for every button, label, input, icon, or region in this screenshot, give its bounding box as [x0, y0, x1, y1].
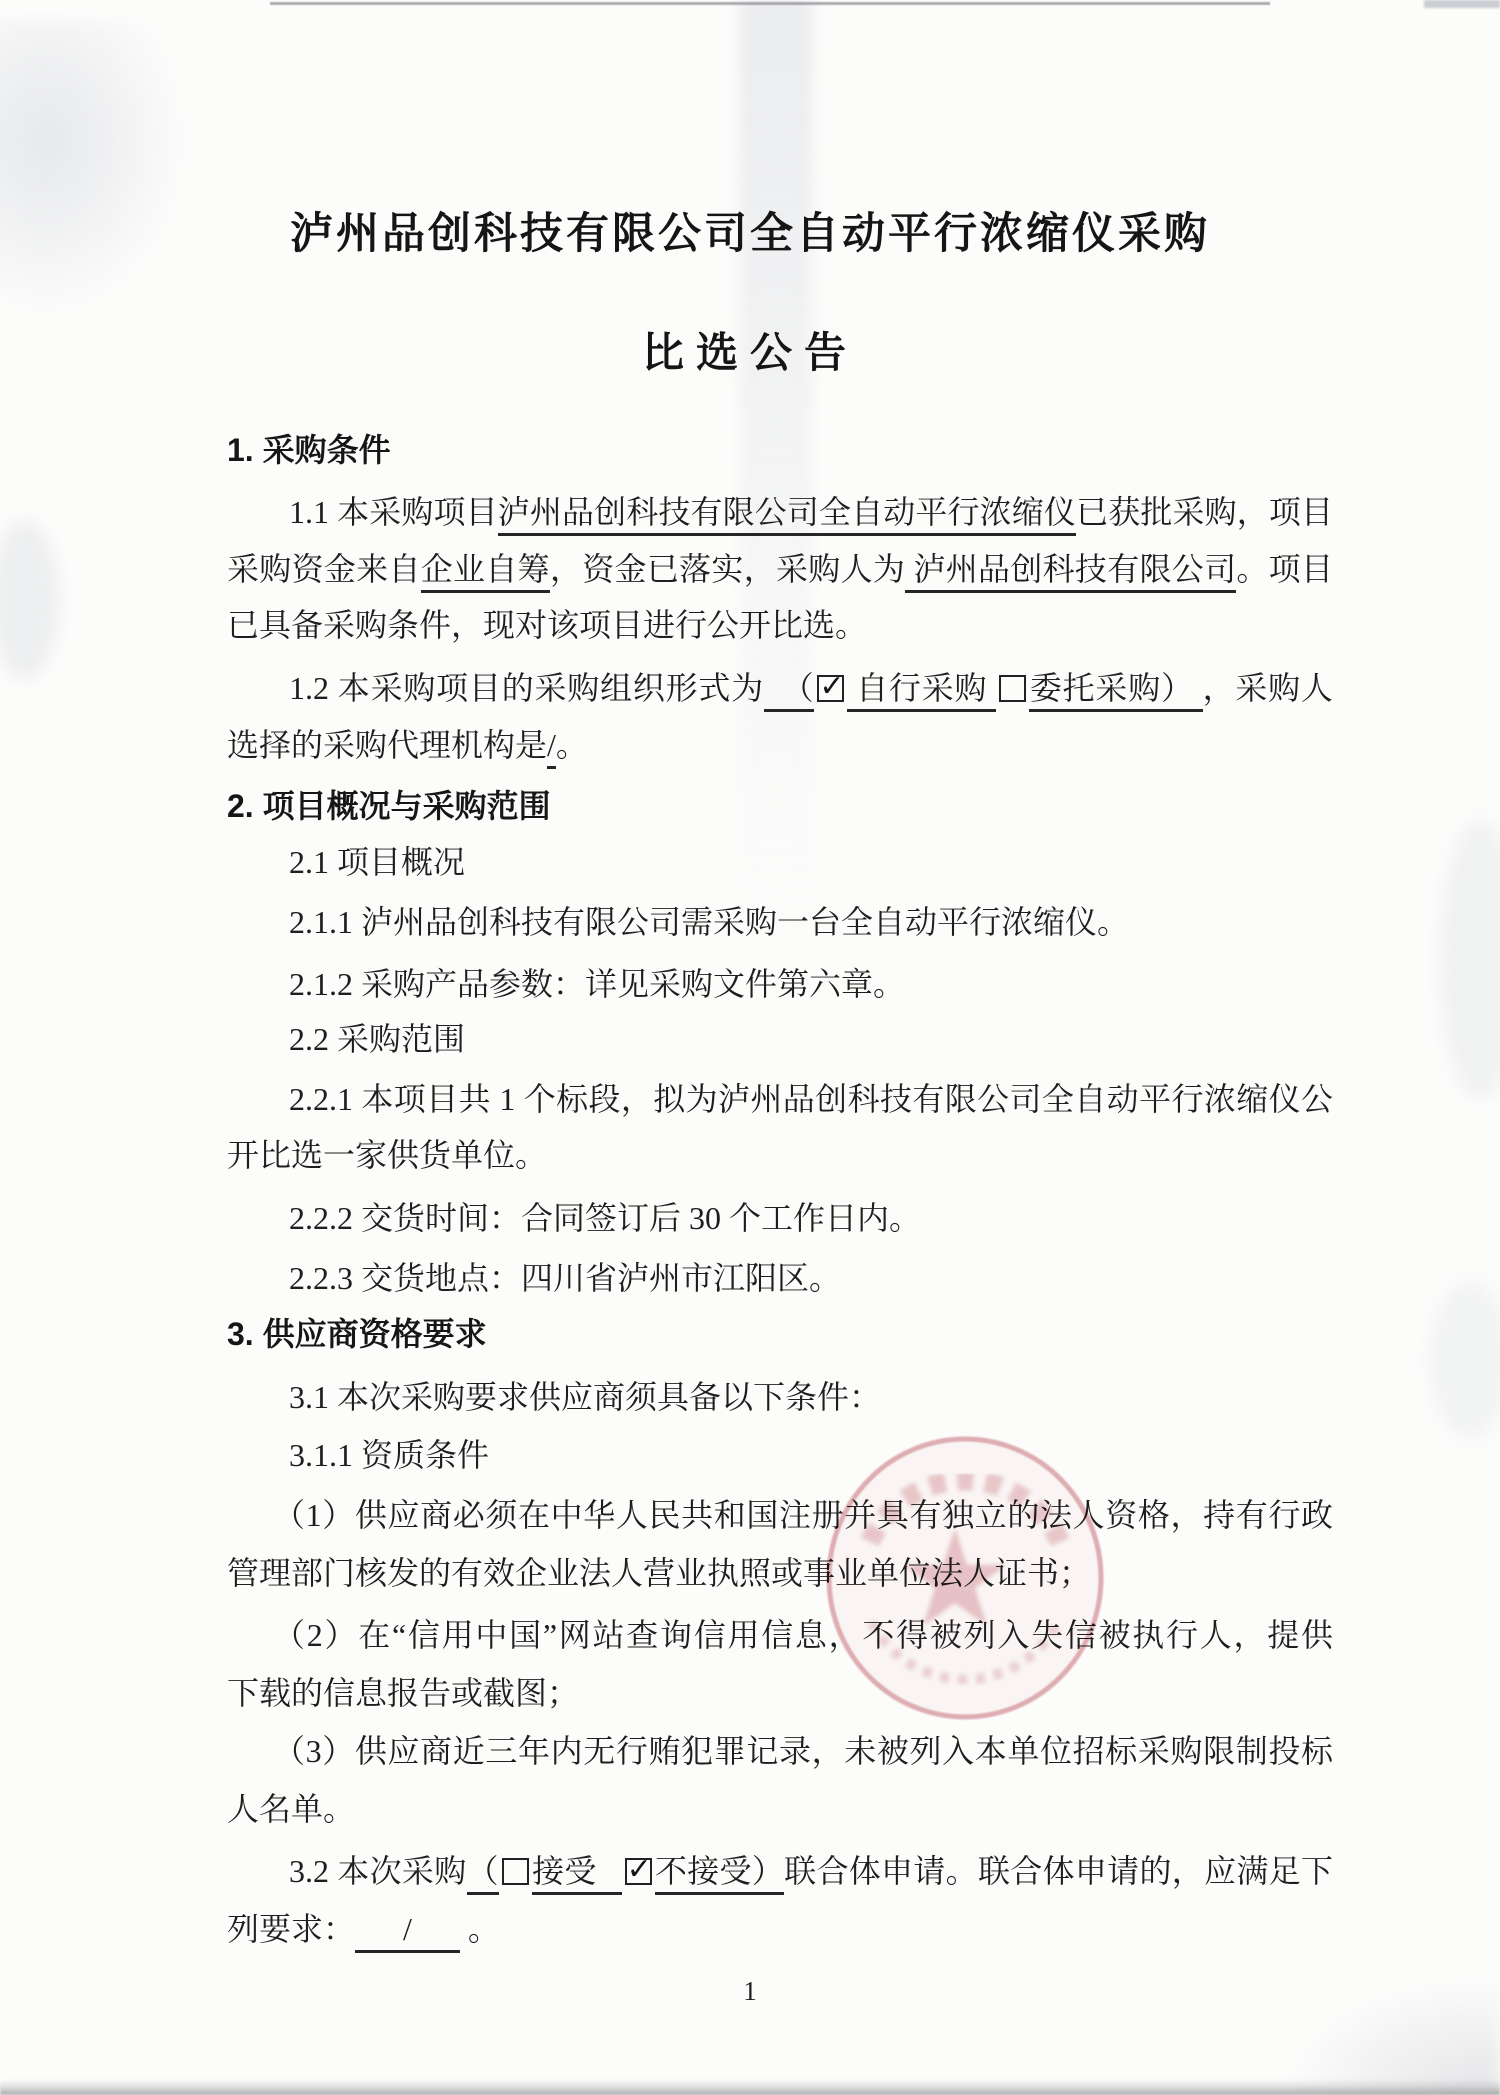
- check-mark-icon: ✓: [819, 668, 844, 706]
- text-run: 1.2 本采购项目的采购组织形式为: [289, 670, 764, 706]
- doc-line-10: 2.1.2 采购产品参数：详见采购文件第六章。: [289, 964, 905, 1004]
- text-run: 采购资金来自: [227, 551, 421, 587]
- text-run: 。: [556, 727, 588, 763]
- text-run: [355, 1911, 403, 1953]
- doc-line-8: 2.1 项目概况: [289, 842, 465, 882]
- doc-line-17: 3.1 本次采购要求供应商须具备以下条件：: [289, 1377, 881, 1417]
- text-run: （: [764, 670, 814, 712]
- doc-line-23: （3）供应商近三年内无行贿犯罪记录，未被列入本单位招标采购限制投标: [273, 1731, 1333, 1771]
- text-run: 列要求：: [227, 1911, 355, 1947]
- text-run: 泸州品创科技有限公司: [905, 551, 1236, 593]
- text-run: （: [467, 1853, 499, 1895]
- text-run: 企业自筹: [421, 551, 550, 593]
- doc-line-13: 开比选一家供货单位。: [227, 1135, 547, 1175]
- text-run: 2.1.2 采购产品参数：详见采购文件第六章。: [289, 966, 905, 1002]
- text-run: 不接受）: [655, 1853, 785, 1895]
- text-run: 委托采购）: [1029, 670, 1203, 712]
- text-run: 人名单。: [227, 1791, 355, 1827]
- document-subtitle: 比选公告: [0, 320, 1500, 380]
- text-run: 下载的信息报告或截图；: [227, 1675, 579, 1711]
- checkbox-checked: ✓: [625, 1858, 652, 1885]
- doc-line-26: 列要求： / 。: [227, 1909, 500, 1949]
- text-run: 1.1 本采购项目: [289, 494, 498, 530]
- text-run: 2. 项目概况与采购范围: [227, 788, 551, 824]
- text-run: 3. 供应商资格要求: [227, 1316, 487, 1352]
- doc-line-22: 下载的信息报告或截图；: [227, 1673, 579, 1713]
- checkbox-empty: [999, 675, 1026, 702]
- scanned-page: 泸州品创科技有限公司全自动平行浓缩仪采购 比选公告 1. 采购条件1.1 本采购…: [0, 0, 1500, 2095]
- text-run: （1）供应商必须在中华人民共和国注册并具有独立的法人资格，持有行政: [273, 1497, 1333, 1533]
- doc-line-5: 1.2 本采购项目的采购组织形式为 （✓ 自行采购 委托采购） ，采购人: [289, 668, 1333, 708]
- text-run: （3）供应商近三年内无行贿犯罪记录，未被列入本单位招标采购限制投标: [273, 1733, 1333, 1769]
- text-run: 2.2.2 交货时间：合同签订后 30 个工作日内。: [289, 1200, 921, 1236]
- text-run: 选择的采购代理机构是: [227, 727, 547, 763]
- scan-smudge-top-left: [0, 20, 190, 320]
- text-run: 泸州品创科技有限公司全自动平行浓缩仪: [498, 494, 1076, 536]
- scan-edge-top-right: [1424, 0, 1500, 8]
- text-run: /: [403, 1911, 412, 1953]
- scan-smudge-right-2: [1430, 1280, 1500, 1440]
- text-run: 已获批采购，项目: [1076, 494, 1333, 530]
- doc-line-7: 2. 项目概况与采购范围: [227, 786, 551, 826]
- doc-line-6: 选择的采购代理机构是/。: [227, 725, 588, 765]
- text-run: 。项目: [1236, 551, 1333, 587]
- text-run: 。: [460, 1911, 500, 1947]
- doc-line-3: 采购资金来自企业自筹，资金已落实，采购人为 泸州品创科技有限公司。项目: [227, 549, 1333, 589]
- doc-line-19: （1）供应商必须在中华人民共和国注册并具有独立的法人资格，持有行政: [273, 1495, 1333, 1535]
- doc-line-9: 2.1.1 泸州品创科技有限公司需采购一台全自动平行浓缩仪。: [289, 902, 1129, 942]
- text-run: ，资金已落实，采购人为: [550, 551, 905, 587]
- text-run: 已具备采购条件，现对该项目进行公开比选。: [227, 607, 867, 643]
- scan-edge-top: [270, 2, 1270, 5]
- document-title: 泸州品创科技有限公司全自动平行浓缩仪采购: [0, 200, 1500, 261]
- text-run: 2.2.3 交货地点：四川省泸州市江阳区。: [289, 1260, 841, 1296]
- doc-line-4: 已具备采购条件，现对该项目进行公开比选。: [227, 605, 867, 645]
- text-run: 接受: [532, 1853, 622, 1895]
- doc-line-18: 3.1.1 资质条件: [289, 1435, 489, 1475]
- text-run: 2.2 采购范围: [289, 1021, 465, 1057]
- doc-line-21: （2）在“信用中国”网站查询信用信息，不得被列入失信被执行人，提供: [273, 1615, 1333, 1655]
- scan-smudge-left: [0, 520, 60, 680]
- doc-line-2: 1.1 本采购项目泸州品创科技有限公司全自动平行浓缩仪已获批采购，项目: [289, 492, 1333, 532]
- doc-line-16: 3. 供应商资格要求: [227, 1314, 487, 1354]
- text-run: 2.1 项目概况: [289, 844, 465, 880]
- text-run: ，采购人: [1203, 670, 1333, 706]
- doc-line-12: 2.2.1 本项目共 1 个标段，拟为泸州品创科技有限公司全自动平行浓缩仪公: [289, 1079, 1333, 1119]
- text-run: 3.1.1 资质条件: [289, 1437, 489, 1473]
- scan-edge-bottom: [0, 2079, 1500, 2095]
- text-run: 联合体申请。联合体申请的，应满足下: [784, 1853, 1333, 1889]
- text-run: 3.1 本次采购要求供应商须具备以下条件：: [289, 1379, 881, 1415]
- text-run: （2）在“信用中国”网站查询信用信息，不得被列入失信被执行人，提供: [273, 1617, 1333, 1653]
- text-run: /: [547, 727, 556, 769]
- text-run: 1. 采购条件: [227, 432, 391, 468]
- checkbox-empty: [502, 1858, 529, 1885]
- scan-band-center: [740, 0, 812, 950]
- check-mark-icon: ✓: [627, 1851, 652, 1889]
- doc-line-11: 2.2 采购范围: [289, 1019, 465, 1059]
- text-run: 2.2.1 本项目共 1 个标段，拟为泸州品创科技有限公司全自动平行浓缩仪公: [289, 1081, 1333, 1117]
- text-run: 3.2 本次采购: [289, 1853, 467, 1889]
- doc-line-14: 2.2.2 交货时间：合同签订后 30 个工作日内。: [289, 1198, 921, 1238]
- text-run: 自行采购: [847, 670, 996, 712]
- red-seal-stamp: [820, 1432, 1110, 1724]
- doc-line-24: 人名单。: [227, 1789, 355, 1829]
- text-run: [412, 1911, 460, 1953]
- checkbox-checked: ✓: [817, 675, 844, 702]
- doc-line-25: 3.2 本次采购（接受 ✓不接受）联合体申请。联合体申请的，应满足下: [289, 1851, 1333, 1891]
- doc-line-15: 2.2.3 交货地点：四川省泸州市江阳区。: [289, 1258, 841, 1298]
- text-run: 开比选一家供货单位。: [227, 1137, 547, 1173]
- doc-line-1: 1. 采购条件: [227, 430, 391, 470]
- text-run: 2.1.1 泸州品创科技有限公司需采购一台全自动平行浓缩仪。: [289, 904, 1129, 940]
- scan-smudge-right: [1440, 820, 1500, 1100]
- page-number: 1: [0, 1976, 1500, 2007]
